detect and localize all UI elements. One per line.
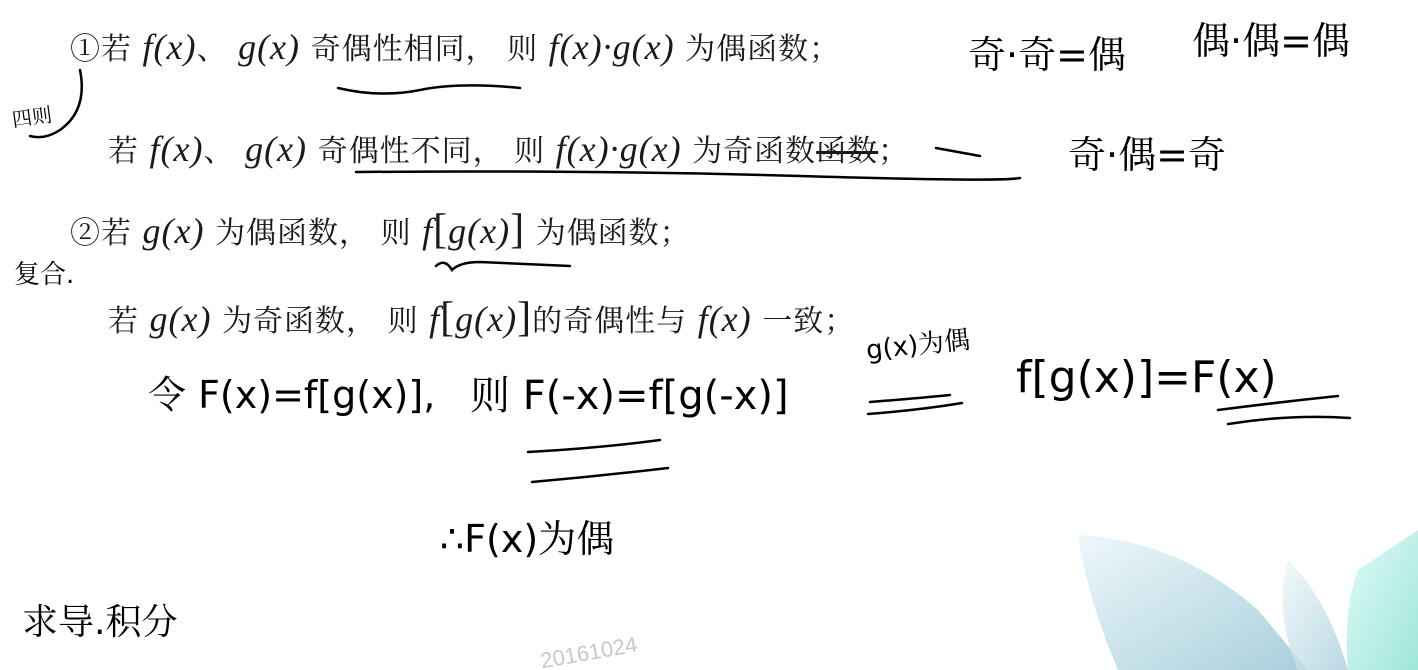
math-product: f(x)·g(x) (549, 27, 675, 67)
condition-diff-parity: 奇偶性不同， (318, 134, 504, 169)
leaf-decoration (1058, 510, 1418, 670)
math-fx: f(x) (143, 27, 197, 67)
math-fx: f(x) (698, 299, 752, 339)
bracket: ] (510, 207, 525, 253)
result-odd: 为奇函数 (692, 134, 816, 169)
math-gx: g(x) (245, 129, 307, 169)
text: 若 (108, 134, 139, 169)
text: 若 (101, 32, 132, 67)
underline-same-parity (338, 85, 520, 93)
proof-let: 令 F(x)=f[g(x)], (148, 364, 435, 419)
bottom-note: 求导.积分 (22, 594, 177, 645)
text: 一致； (762, 304, 855, 339)
math-gx: g(x) (150, 299, 212, 339)
text: 则 (514, 134, 545, 169)
circled-number-1: ① (70, 32, 101, 67)
bracket: [ (440, 295, 455, 341)
math-gx: g(x) (448, 211, 510, 251)
result-even: 为偶函数； (685, 32, 840, 67)
text: 、 (204, 134, 235, 169)
conclusion: ∴F(x)为偶 (440, 508, 614, 563)
math-gx: g(x) (143, 211, 205, 251)
annotation-even-even: 偶·偶=偶 (1192, 10, 1350, 65)
proof-arrow-label: g(x)为偶 (864, 319, 971, 367)
annotation-arith: 四则 (10, 99, 54, 133)
underline-composite (436, 262, 570, 270)
text: 若 (108, 304, 139, 339)
annotation-odd-even: 奇·偶=奇 (1068, 124, 1226, 179)
math-gx: g(x) (238, 27, 300, 67)
text: 若 (101, 216, 132, 251)
text: 为偶函数， (215, 216, 370, 251)
annotation-odd-odd: 奇·奇=偶 (968, 24, 1126, 79)
arrow-line-2 (868, 403, 962, 414)
text: 为奇函数， (222, 304, 377, 339)
underline-proof-2 (532, 468, 668, 482)
bracket: [ (433, 207, 448, 253)
rule2-line2: 若 g(x) 为奇函数， 则 f[g(x)]的奇偶性与 f(x) 一致； (108, 294, 855, 342)
underline-proof-1 (528, 440, 660, 452)
math-product: f(x)·g(x) (556, 129, 682, 169)
watermark: 20161024 (538, 632, 639, 670)
text: 、 (197, 32, 228, 67)
math-fx: f(x) (150, 129, 204, 169)
math-f: f (429, 299, 440, 339)
text: 则 (388, 304, 419, 339)
text: 则 (507, 32, 538, 67)
result-even: 为偶函数； (536, 216, 691, 251)
proof-result: f[g(x)]=F(x) (1016, 352, 1277, 403)
rule1-line2: 若 f(x)、 g(x) 奇偶性不同， 则 f(x)·g(x) 为奇函数函数； (108, 126, 909, 170)
annotation-composite: 复合. (14, 254, 74, 291)
text: 的奇偶性与 (532, 304, 687, 339)
strike-mark (936, 148, 980, 156)
math-gx: g(x) (455, 299, 517, 339)
rule1-line1: ①若 f(x)、 g(x) 奇偶性相同， 则 f(x)·g(x) 为偶函数； (70, 24, 840, 68)
underline-diff-parity (356, 172, 1020, 180)
struck-text: 函数 (816, 134, 878, 169)
circled-number-2: ② (70, 216, 101, 251)
condition-same-parity: 奇偶性相同， (311, 32, 497, 67)
text: 则 (381, 216, 412, 251)
arrow-line-1 (870, 395, 950, 402)
text: ； (878, 134, 909, 169)
rule2-line1: ②若 g(x) 为偶函数， 则 f[g(x)] 为偶函数； (70, 206, 691, 254)
bracket: ] (517, 295, 532, 341)
underline-result-2 (1228, 417, 1350, 424)
math-f: f (422, 211, 433, 251)
proof-then: 则 F(-x)=f[g(-x)] (470, 364, 789, 421)
